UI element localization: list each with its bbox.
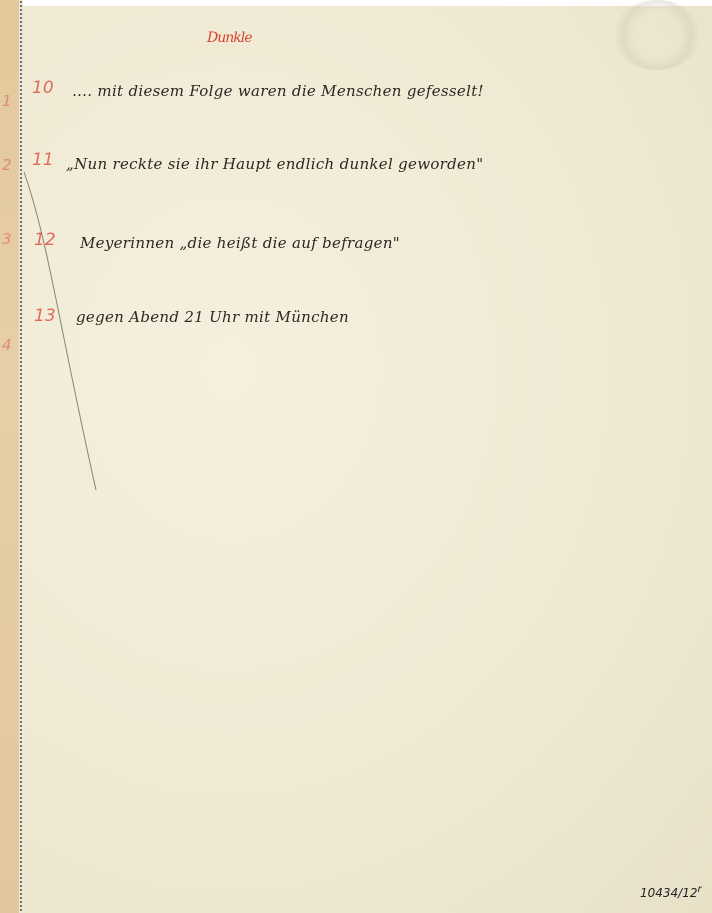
- binding-strip: 1 2 3 4: [0, 0, 20, 913]
- strip-number: 1: [2, 92, 12, 110]
- line-text: Meyerinnen „die heißt die auf befragen": [80, 234, 400, 252]
- line-number: 10: [32, 78, 54, 98]
- archive-number: 10434/12r: [640, 884, 702, 900]
- strip-number: 4: [2, 336, 12, 354]
- stain-mark: [612, 0, 702, 70]
- page-heading: Dunkle: [207, 30, 252, 46]
- line-number: 11: [32, 150, 54, 170]
- line-text: …. mit diesem Folge waren die Menschen g…: [72, 82, 484, 100]
- line-text: gegen Abend 21 Uhr mit München: [76, 308, 349, 326]
- archive-superscript: r: [698, 884, 702, 895]
- manuscript-page: [23, 6, 712, 913]
- line-number: 13: [34, 306, 56, 326]
- strip-number: 3: [2, 230, 12, 248]
- line-number: 12: [34, 230, 56, 250]
- archive-label: 10434/12: [640, 886, 698, 900]
- strip-number: 2: [2, 156, 12, 174]
- line-text: „Nun reckte sie ihr Haupt endlich dunkel…: [66, 155, 483, 173]
